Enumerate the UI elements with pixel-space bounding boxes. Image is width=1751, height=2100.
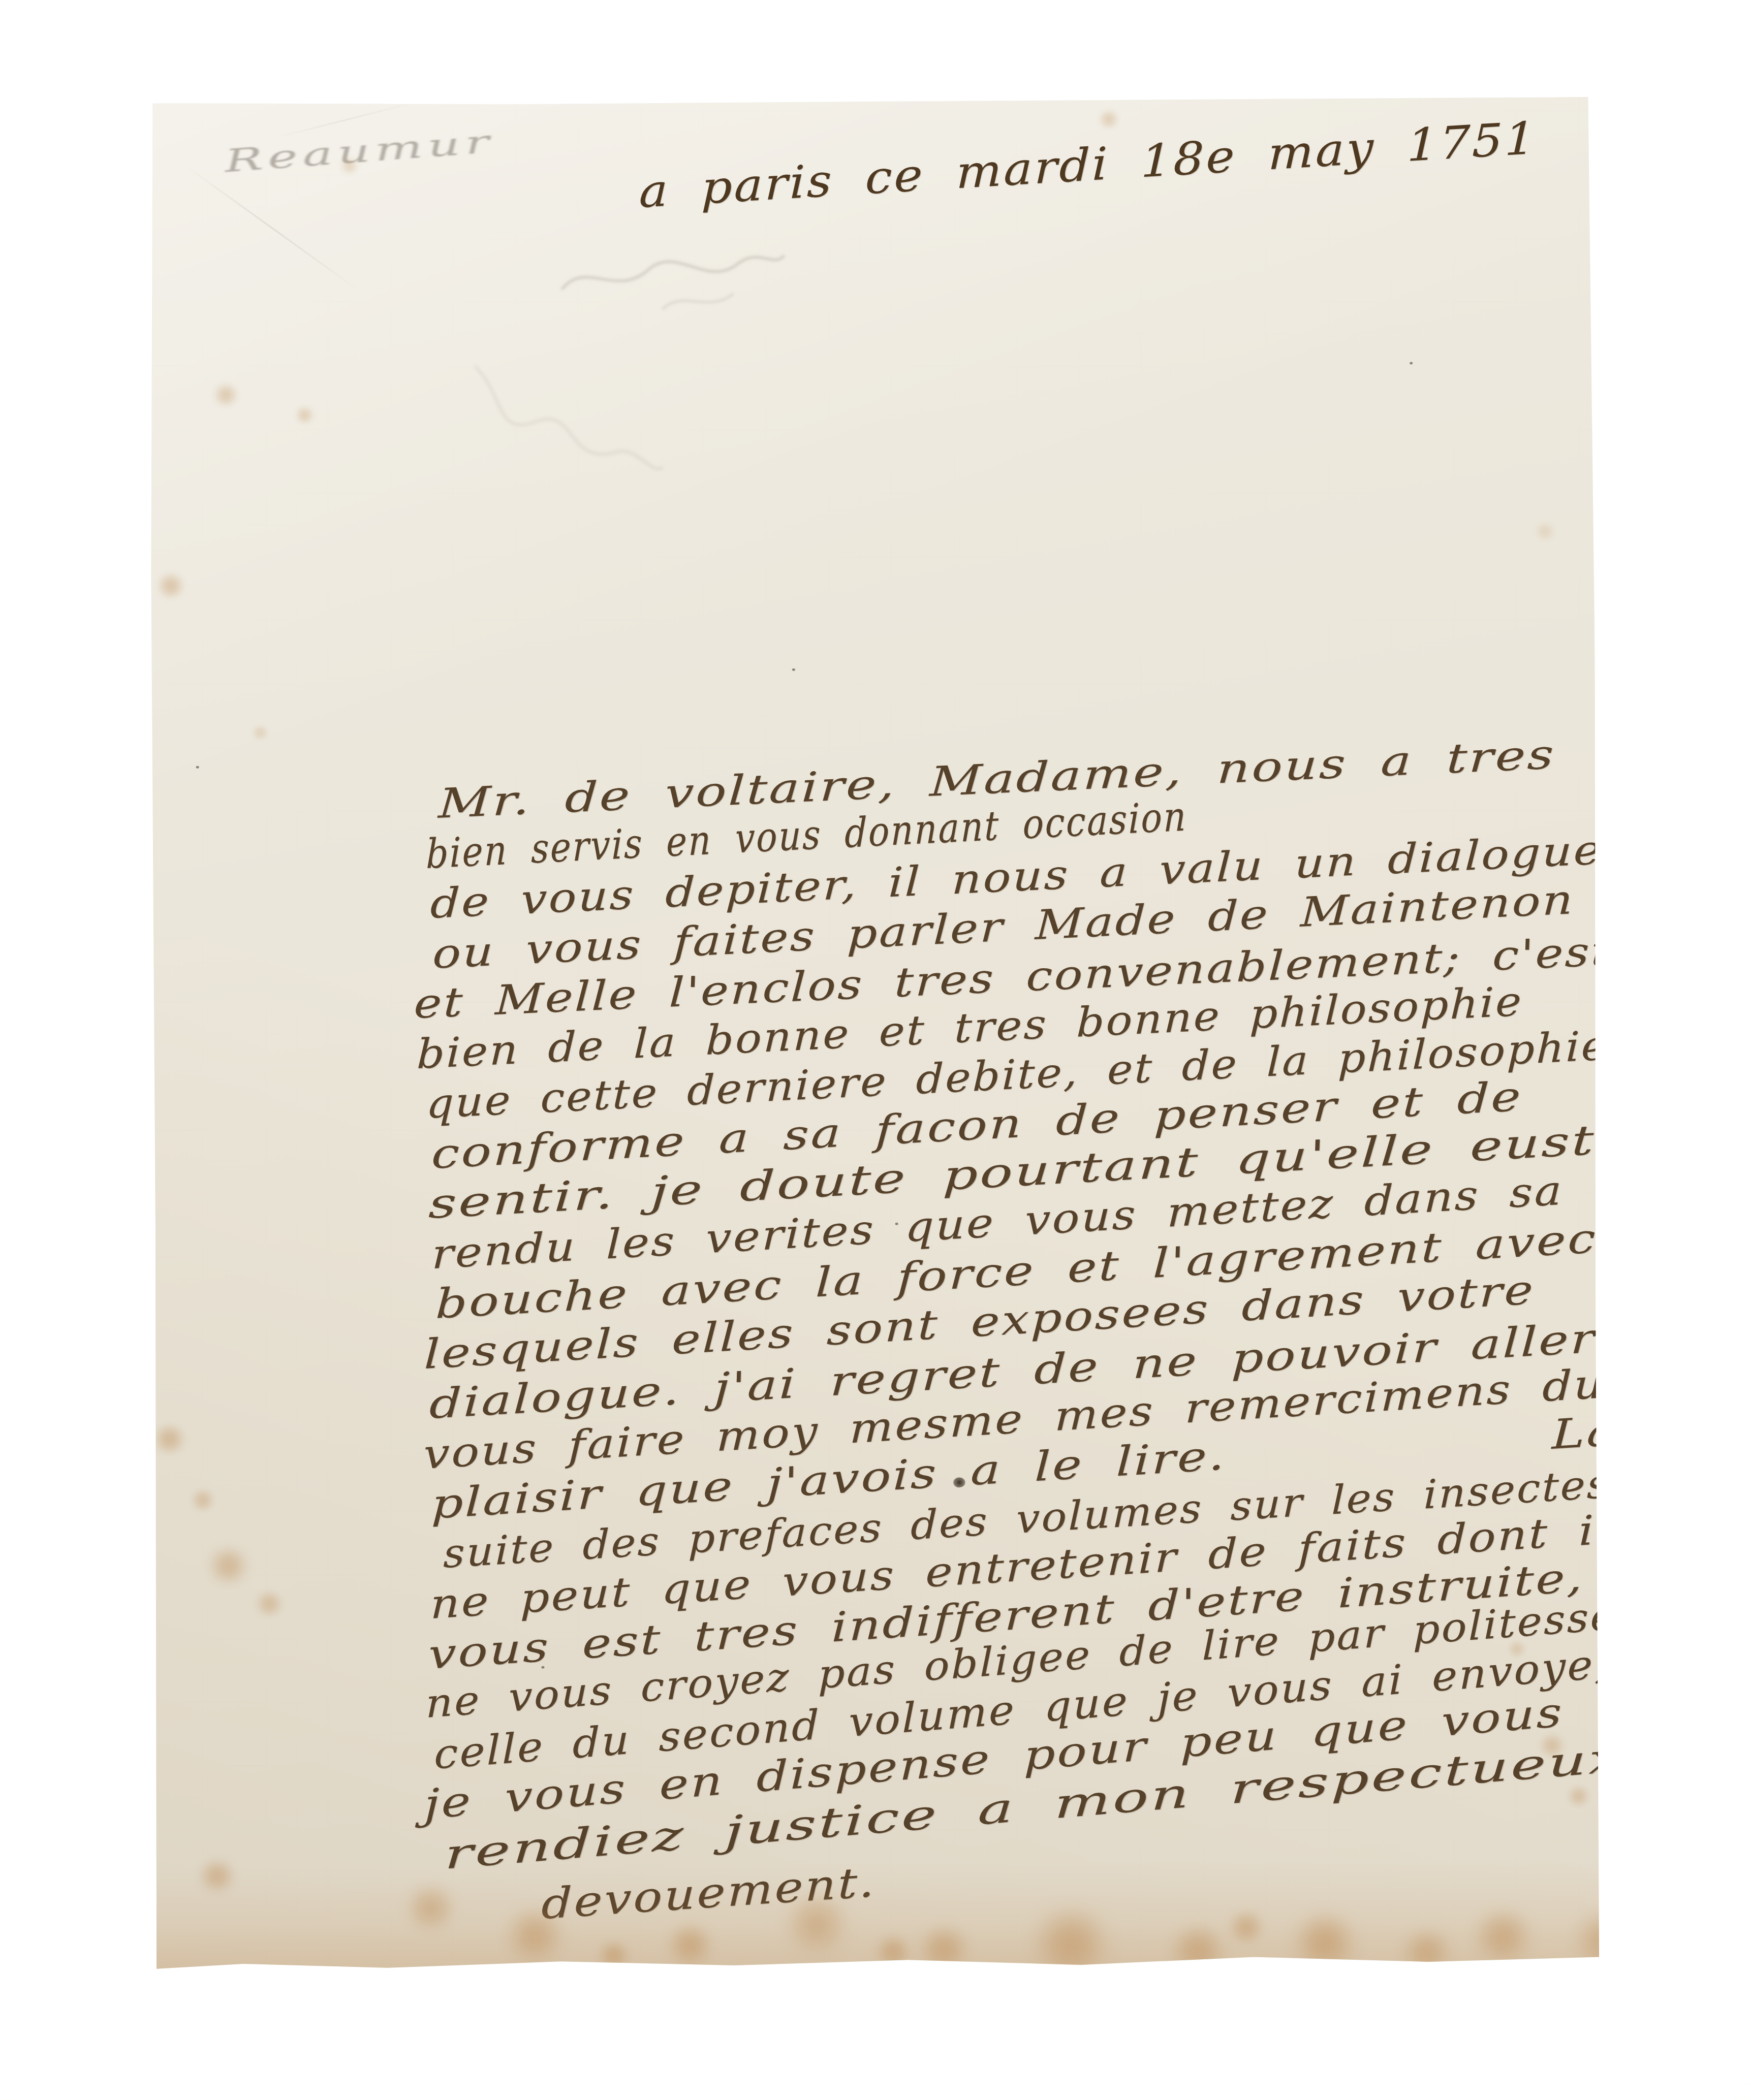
foxing-spot [212, 384, 240, 406]
paper-speck [792, 669, 795, 671]
paper-crease [184, 164, 362, 293]
foxing-spot [1566, 1787, 1590, 1806]
foxing-spot [294, 406, 316, 424]
paper-speck [196, 766, 199, 769]
paper-speck [895, 1223, 898, 1225]
pencil-smudge [555, 228, 790, 325]
dateline-text: a paris ce mardi 18e may 1751 [639, 115, 1538, 214]
pencil-annotation: Reaumur [224, 122, 495, 179]
letter-paper: Reaumur a paris ce mardi 18e may 1751 Mr… [148, 97, 1601, 1972]
pencil-smudge [464, 345, 668, 498]
foxing-layer [148, 97, 1592, 103]
foxing-spot [1658, 1900, 1708, 1940]
paper-speck [1410, 362, 1413, 364]
foxing-spot [254, 1592, 285, 1616]
paper-speck [541, 1666, 544, 1669]
foxing-spot [151, 1425, 187, 1453]
foxing-spot [1098, 110, 1120, 128]
foxing-spot [251, 725, 269, 740]
foxing-spot [206, 1548, 251, 1584]
foxing-spot [155, 574, 186, 598]
foxing-spot [1534, 523, 1556, 540]
photo-stage: Reaumur a paris ce mardi 18e may 1751 Mr… [0, 0, 1751, 2100]
letter-body: Mr. de voltaire, Madame, nous a tresbien… [148, 97, 1592, 103]
foxing-spot [190, 1489, 216, 1511]
ink-blot [953, 1477, 965, 1487]
bottom-stain-band [156, 1860, 1601, 1972]
